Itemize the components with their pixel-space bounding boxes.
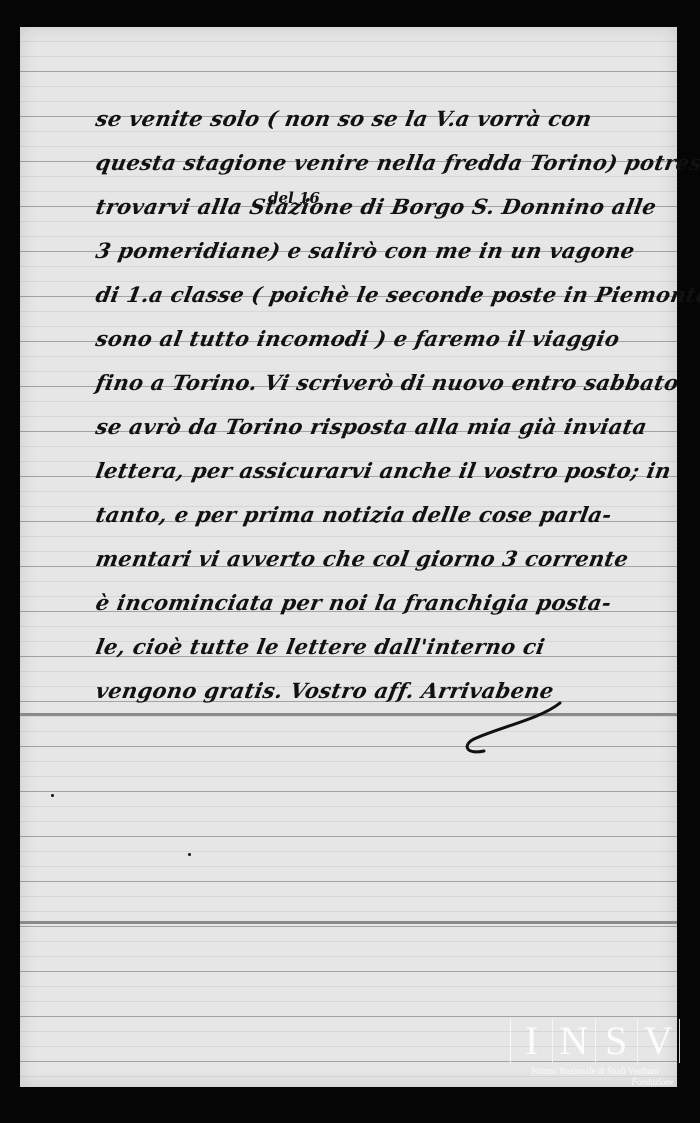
handwritten-line: vengono gratis. Vostro aff. Arrivabene [92, 669, 669, 713]
ruled-line [20, 713, 677, 716]
watermark-subtitle: Fondazione [510, 1077, 680, 1087]
handwritten-line: fino a Torino. Vi scriverò di nuovo entr… [92, 361, 669, 405]
handwritten-line: se avrò da Torino risposta alla mia già … [92, 405, 669, 449]
signature-flourish-icon [460, 699, 570, 759]
watermark-institution: Istituto Nazionale di Studi Verdiani [510, 1065, 680, 1077]
handwritten-line: le, cioè tutte le lettere dall'interno c… [92, 625, 669, 669]
letter-page: se venite solo ( non so se la V.a vorrà … [20, 27, 677, 1087]
handwritten-line: lettera, per assicurarvi anche il vostro… [92, 449, 669, 493]
ruled-line [20, 921, 677, 924]
watermark-letter: V [638, 1019, 679, 1063]
watermark-letter: N [553, 1019, 595, 1063]
handwritten-line: mentari vi avverto che col giorno 3 corr… [92, 537, 669, 581]
handwritten-line: se venite solo ( non so se la V.a vorrà … [92, 97, 669, 141]
handwritten-line: di 1.a classe ( poichè le seconde poste … [92, 273, 669, 317]
watermark-letter: I [511, 1019, 553, 1063]
handwritten-line: è incominciata per noi la franchigia pos… [92, 581, 669, 625]
watermark-letter: S [596, 1019, 638, 1063]
handwritten-line: trovarvi alla Stazione di Borgo S. Donni… [92, 185, 669, 229]
handwritten-line: tanto, e per prima notizia delle cose pa… [92, 493, 669, 537]
handwritten-line: 3 pomeridiane) e salirò con me in un vag… [92, 229, 669, 273]
handwritten-line: sono al tutto incomodi ) e faremo il via… [92, 317, 669, 361]
handwritten-line: questa stagione venire nella fredda Tori… [92, 141, 669, 185]
watermark-logo: I N S V [510, 1019, 680, 1063]
ink-spot [188, 853, 191, 856]
ink-spot [51, 794, 54, 797]
insv-watermark: I N S V Istituto Nazionale di Studi Verd… [510, 1019, 680, 1099]
interlinear-note: del 16 [268, 189, 320, 207]
